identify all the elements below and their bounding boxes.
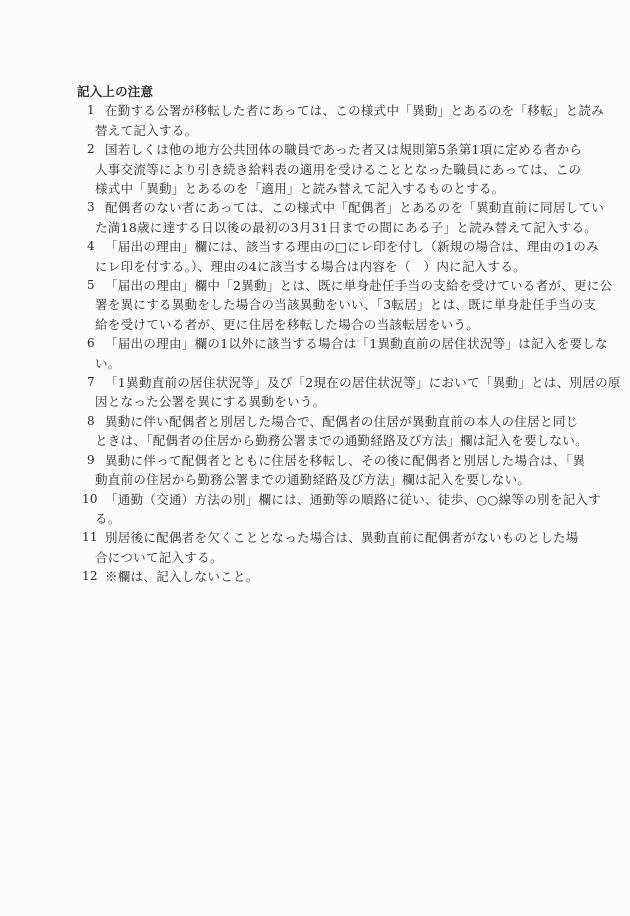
- note-item-1: 1 在勤する公署が移転した者にあっては、この様式中「異動」とあるのを「移転」と読…: [77, 101, 557, 140]
- note-number: 9: [87, 451, 105, 470]
- note-line: 給を受けている者が、更に住居を移転した場合の当該転居をいう。: [95, 315, 557, 334]
- note-item-5: 5 「届出の理由」欄中「2異動」とは、既に単身赴任手当の支給を受けている者が、更…: [77, 276, 557, 334]
- note-line: 人事交流等により引き続き給料表の適用を受けることとなった職員にあっては、この: [95, 160, 557, 179]
- note-number: 11: [82, 528, 100, 547]
- note-number: 2: [87, 140, 105, 159]
- note-line: た満18歳に達する日以後の最初の3月31日までの間にある子」と読み替えて記入する…: [95, 218, 557, 237]
- note-number: 7: [87, 373, 105, 392]
- note-line: い。: [95, 354, 557, 373]
- note-number: 6: [87, 334, 105, 353]
- note-line: 動直前の住居から勤務公署までの通勤経路及び方法」欄は記入を要しない。: [95, 470, 557, 489]
- note-line: 異動に伴い配偶者と別居した場合で、配偶者の住居が異動直前の本人の住居と同じ: [105, 412, 557, 431]
- note-line: 「届出の理由」欄には、該当する理由の□にレ印を付し（新規の場合は、理由の1のみ: [105, 237, 557, 256]
- note-item-7: 7 「1異動直前の居住状況等」及び「2現在の居住状況等」において「異動」とは、別…: [77, 373, 557, 412]
- note-item-6: 6 「届出の理由」欄の1以外に該当する場合は「1異動直前の居住状況等」は記入を要…: [77, 334, 557, 373]
- note-line: 因となった公署を異にする異動をいう。: [95, 392, 557, 411]
- note-line: 在勤する公署が移転した者にあっては、この様式中「異動」とあるのを「移転」と読み: [105, 101, 557, 120]
- note-line: ※欄は、記入しないこと。: [105, 567, 557, 586]
- document-title: 記入上の注意: [77, 82, 557, 101]
- note-item-10: 10 「通勤（交通）方法の別」欄には、通勤等の順路に従い、徒歩、○○線等の別を記…: [77, 490, 557, 529]
- note-item-4: 4 「届出の理由」欄には、該当する理由の□にレ印を付し（新規の場合は、理由の1の…: [77, 237, 557, 276]
- note-line: 配偶者のない者にあっては、この様式中「配偶者」とあるのを「異動直前に同居してい: [105, 198, 557, 217]
- note-number: 8: [87, 412, 105, 431]
- note-number: 12: [82, 567, 100, 586]
- note-line: 「1異動直前の居住状況等」及び「2現在の居住状況等」において「異動」とは、別居の…: [105, 373, 557, 392]
- note-item-11: 11 別居後に配偶者を欠くこととなった場合は、異動直前に配偶者がないものとした場…: [77, 528, 557, 567]
- note-item-2: 2 国若しくは他の地方公共団体の職員であった者又は規則第5条第1項に定める者から…: [77, 140, 557, 198]
- note-line: にレ印を付する。）、理由の4に該当する場合は内容を（ ）内に記入する。: [95, 257, 557, 276]
- note-number: 1: [87, 101, 105, 120]
- note-item-8: 8 異動に伴い配偶者と別居した場合で、配偶者の住居が異動直前の本人の住居と同じ …: [77, 412, 557, 451]
- note-line: 様式中「異動」とあるのを「適用」と読み替えて記入するものとする。: [95, 179, 557, 198]
- note-line: 「届出の理由」欄の1以外に該当する場合は「1異動直前の居住状況等」は記入を要しな: [105, 334, 557, 353]
- note-line: る。: [95, 509, 557, 528]
- note-number: 4: [87, 237, 105, 256]
- note-number: 3: [87, 198, 105, 217]
- note-line: 合について記入する。: [95, 548, 557, 567]
- note-item-9: 9 異動に伴って配偶者とともに住居を移転し、その後に配偶者と別居した場合は、「異…: [77, 451, 557, 490]
- note-line: 替えて記入する。: [95, 121, 557, 140]
- note-number: 10: [82, 490, 100, 509]
- note-line: 異動に伴って配偶者とともに住居を移転し、その後に配偶者と別居した場合は、「異: [105, 451, 557, 470]
- note-line: 別居後に配偶者を欠くこととなった場合は、異動直前に配偶者がないものとした場: [105, 528, 557, 547]
- note-line: 「通勤（交通）方法の別」欄には、通勤等の順路に従い、徒歩、○○線等の別を記入す: [105, 490, 557, 509]
- note-line: 署を異にする異動をした場合の当該異動をいい、「3転居」とは、既に単身赴任手当の支: [95, 295, 557, 314]
- note-item-12: 12 ※欄は、記入しないこと。: [77, 567, 557, 586]
- note-number: 5: [87, 276, 105, 295]
- note-line: ときは、「配偶者の住居から勤務公署までの通勤経路及び方法」欄は記入を要しない。: [95, 431, 557, 450]
- note-line: 「届出の理由」欄中「2異動」とは、既に単身赴任手当の支給を受けている者が、更に公: [105, 276, 557, 295]
- note-line: 国若しくは他の地方公共団体の職員であった者又は規則第5条第1項に定める者から: [105, 140, 557, 159]
- notes-list: 1 在勤する公署が移転した者にあっては、この様式中「異動」とあるのを「移転」と読…: [77, 101, 557, 586]
- document-page: 記入上の注意 1 在勤する公署が移転した者にあっては、この様式中「異動」とあるの…: [77, 82, 557, 587]
- note-item-3: 3 配偶者のない者にあっては、この様式中「配偶者」とあるのを「異動直前に同居して…: [77, 198, 557, 237]
